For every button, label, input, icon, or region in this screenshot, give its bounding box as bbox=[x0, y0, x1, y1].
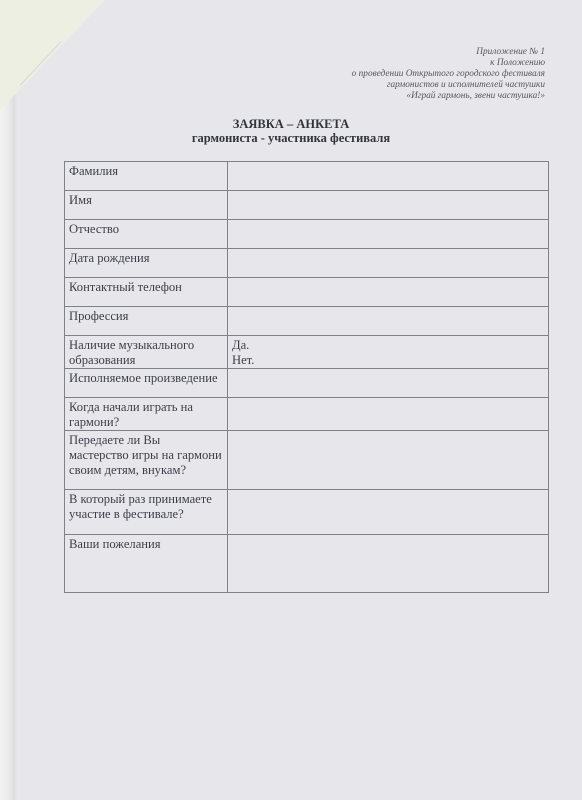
appendix-line: «Играй гармонь, звени частушка!» bbox=[352, 91, 545, 102]
field-label: Когда начали играть на гармони? bbox=[65, 398, 228, 431]
form-title-main: ЗАЯВКА – АНКЕТА bbox=[0, 117, 582, 131]
folded-corner bbox=[0, 0, 105, 110]
field-input-cell[interactable] bbox=[228, 398, 549, 431]
field-label: Отчество bbox=[65, 220, 228, 249]
application-form-table: ФамилияИмяОтчествоДата рожденияКонтактны… bbox=[64, 161, 549, 593]
form-row: Ваши пожелания bbox=[65, 535, 549, 593]
field-label: Исполняемое произведение bbox=[65, 369, 228, 398]
field-input-cell[interactable] bbox=[228, 490, 549, 535]
field-label: Наличие музыкального образования bbox=[65, 336, 228, 369]
field-label: Фамилия bbox=[65, 162, 228, 191]
appendix-line: гармонистов и исполнителей частушки bbox=[352, 80, 545, 91]
form-row: Дата рождения bbox=[65, 249, 549, 278]
appendix-line: к Положению bbox=[352, 58, 545, 69]
field-input-cell[interactable] bbox=[228, 307, 549, 336]
form-row: Имя bbox=[65, 191, 549, 220]
field-option[interactable]: Да. bbox=[232, 338, 544, 353]
field-input-cell[interactable] bbox=[228, 162, 549, 191]
field-input-cell[interactable] bbox=[228, 249, 549, 278]
field-label: Контактный телефон bbox=[65, 278, 228, 307]
field-label: В который раз принимаете участие в фести… bbox=[65, 490, 228, 535]
form-row: Контактный телефон bbox=[65, 278, 549, 307]
field-label: Имя bbox=[65, 191, 228, 220]
appendix-line: о проведении Открытого городского фестив… bbox=[352, 69, 545, 80]
field-option[interactable]: Нет. bbox=[232, 353, 544, 368]
form-row: Передаете ли Вы мастерство игры на гармо… bbox=[65, 431, 549, 490]
form-title-subtitle: гармониста - участника фестиваля bbox=[0, 131, 582, 145]
field-input-cell[interactable]: Да.Нет. bbox=[228, 336, 549, 369]
form-row: Исполняемое произведение bbox=[65, 369, 549, 398]
field-input-cell[interactable] bbox=[228, 278, 549, 307]
field-label: Ваши пожелания bbox=[65, 535, 228, 593]
form-title: ЗАЯВКА – АНКЕТА гармониста - участника ф… bbox=[0, 117, 582, 145]
form-row: Отчество bbox=[65, 220, 549, 249]
form-row: В который раз принимаете участие в фести… bbox=[65, 490, 549, 535]
field-input-cell[interactable] bbox=[228, 220, 549, 249]
field-input-cell[interactable] bbox=[228, 535, 549, 593]
appendix-line: Приложение № 1 bbox=[352, 47, 545, 58]
form-row: Наличие музыкального образованияДа.Нет. bbox=[65, 336, 549, 369]
field-input-cell[interactable] bbox=[228, 191, 549, 220]
form-row: Фамилия bbox=[65, 162, 549, 191]
appendix-note: Приложение № 1 к Положению о проведении … bbox=[352, 47, 545, 102]
field-label: Дата рождения bbox=[65, 249, 228, 278]
form-row: Профессия bbox=[65, 307, 549, 336]
form-row: Когда начали играть на гармони? bbox=[65, 398, 549, 431]
field-input-cell[interactable] bbox=[228, 431, 549, 490]
field-label: Профессия bbox=[65, 307, 228, 336]
field-label: Передаете ли Вы мастерство игры на гармо… bbox=[65, 431, 228, 490]
field-input-cell[interactable] bbox=[228, 369, 549, 398]
